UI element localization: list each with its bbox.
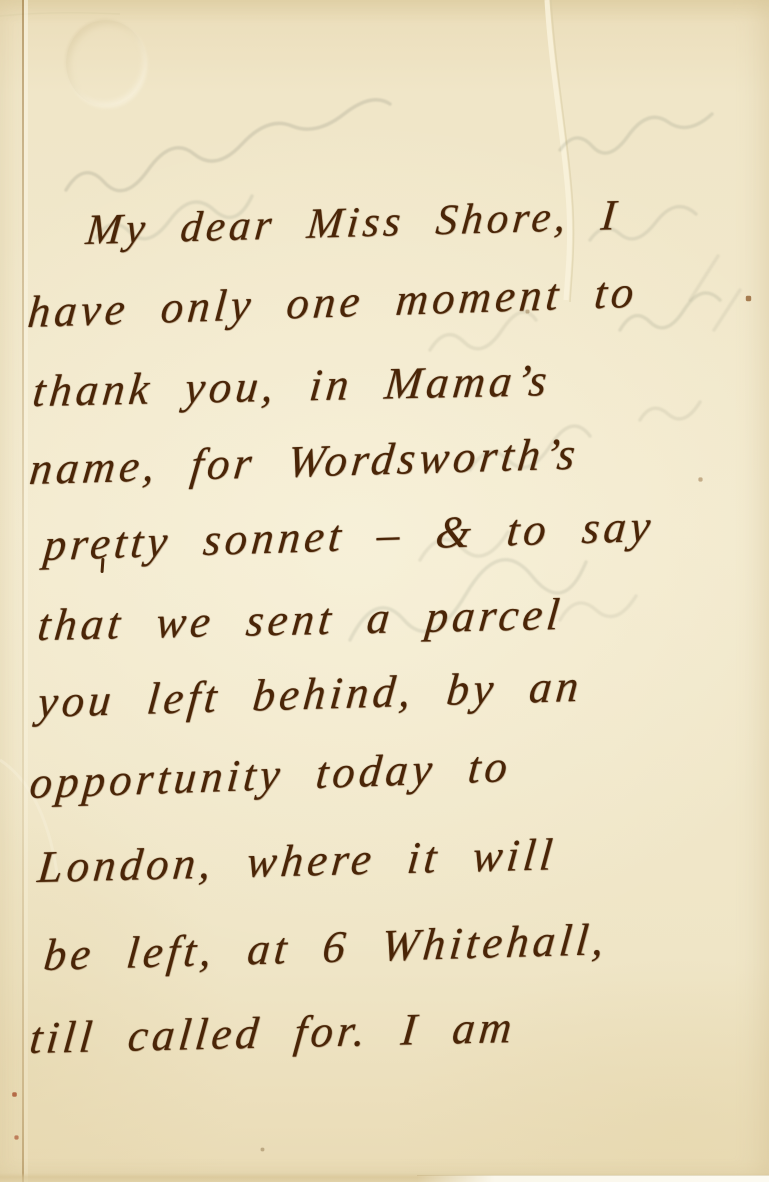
letter-page: My dear Miss Shore, I have only one mome… <box>0 0 769 1182</box>
letter-line-1: My dear Miss Shore, I <box>84 191 622 255</box>
letter-line-9: London, where it will <box>35 828 558 893</box>
letter-line-2: have only one moment to <box>26 266 640 338</box>
letter-line-6: that we sent a parcel <box>35 588 565 651</box>
foxing-specks <box>0 0 1 1</box>
letter-line-8: opportunity today to <box>28 740 514 809</box>
letter-body: My dear Miss Shore, I have only one mome… <box>0 0 769 1182</box>
letter-line-5: pretty sonnet – & to say <box>42 500 657 571</box>
letter-line-7: you left behind, by an <box>36 660 585 728</box>
letter-line-3: thank you, in Mama’s <box>30 354 553 417</box>
letter-line-11: till called for. I am <box>27 1001 518 1064</box>
letter-line-4: name, for Wordsworth’s <box>27 428 582 496</box>
letter-line-10: be left, at 6 Whitehall, <box>42 913 611 981</box>
scan-edge-sliver <box>417 1175 769 1182</box>
